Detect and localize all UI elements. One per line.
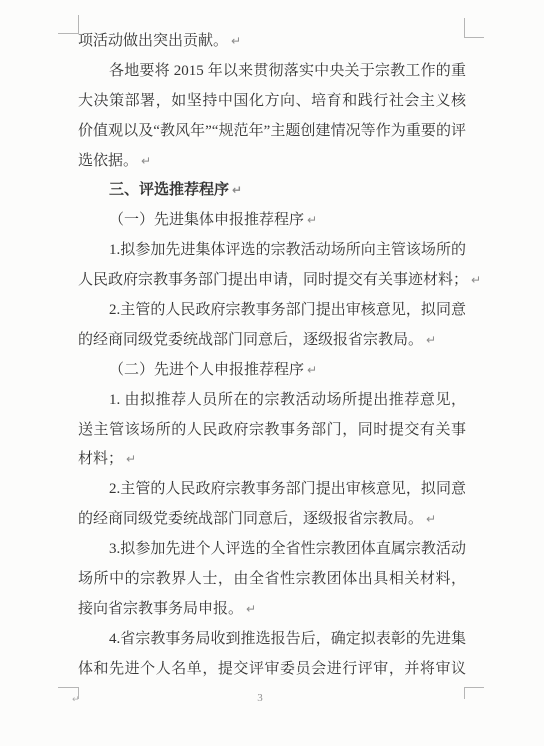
- text-line: 1.拟参加先进集体评选的宗教活动场所向主管该场所的: [78, 236, 466, 266]
- text-line: 选依据。↵: [78, 147, 466, 177]
- line-text: 人民政府宗教事务部门提出申请，同时提交有关事迹材料；: [78, 272, 468, 288]
- crop-mark-bottom-right-icon: [464, 687, 484, 699]
- text-line: 人民政府宗教事务部门提出申请，同时提交有关事迹材料；↵: [78, 266, 466, 296]
- pilcrow-icon: ↵: [471, 273, 481, 287]
- line-text: 2.主管的人民政府宗教事务部门提出审核意见，拟同意: [109, 481, 466, 497]
- pilcrow-icon: ↵: [141, 154, 151, 168]
- line-text: （一）先进集体申报推荐程序: [109, 212, 304, 228]
- line-text: 的经商同级党委统战部门同意后，逐级报省宗教局。: [78, 332, 423, 348]
- text-line: （一）先进集体申报推荐程序↵: [78, 206, 466, 236]
- text-line: 3.拟参加先进个人评选的全省性宗教团体直属宗教活动: [78, 535, 466, 565]
- text-line: 材料；↵: [78, 445, 466, 475]
- page-number: 3: [248, 692, 272, 704]
- line-text: 的经商同级党委统战部门同意后，逐级报省宗教局。: [78, 511, 423, 527]
- text-line: 大决策部署，如坚持中国化方向、培育和践行社会主义核心: [78, 87, 466, 117]
- crop-mark-top-left-icon: [58, 15, 79, 34]
- text-line: 项活动做出突出贡献。↵: [78, 27, 466, 57]
- line-text: 3.拟参加先进个人评选的全省性宗教团体直属宗教活动: [109, 541, 466, 557]
- document-body: 项活动做出突出贡献。↵ 各地要将 2015 年以来贯彻落实中央关于宗教工作的重 …: [78, 27, 466, 685]
- text-line: 的经商同级党委统战部门同意后，逐级报省宗教局。↵: [78, 505, 466, 535]
- text-line: 各地要将 2015 年以来贯彻落实中央关于宗教工作的重: [78, 57, 466, 87]
- text-line: 场所中的宗教界人士，由全省性宗教团体出具相关材料，直: [78, 565, 466, 595]
- pilcrow-icon: ↵: [126, 452, 136, 466]
- line-text: 送主管该场所的人民政府宗教事务部门，同时提交有关事迹: [78, 422, 466, 446]
- pilcrow-icon: ↵: [307, 213, 317, 227]
- text-line: 4.省宗教事务局收到推选报告后，确定拟表彰的先进集: [78, 625, 466, 655]
- text-line: 的经商同级党委统战部门同意后，逐级报省宗教局。↵: [78, 326, 466, 356]
- line-text: 体和先进个人名单，提交评审委员会进行评审，并将审议通: [78, 661, 466, 685]
- line-text: 接向省宗教事务局申报。: [78, 601, 243, 617]
- text-line: 2.主管的人民政府宗教事务部门提出审核意见，拟同意↵: [78, 296, 466, 326]
- line-text: 各地要将 2015 年以来贯彻落实中央关于宗教工作的重: [109, 63, 466, 79]
- line-text: 1. 由拟推荐人员所在的宗教活动场所提出推荐意见，报: [78, 392, 466, 416]
- text-line: 价值观以及“教风年”“规范年”主题创建情况等作为重要的评: [78, 117, 466, 147]
- line-text: 选依据。: [78, 153, 138, 169]
- document-page: 项活动做出突出贡献。↵ 各地要将 2015 年以来贯彻落实中央关于宗教工作的重 …: [0, 0, 544, 746]
- line-text: 1.拟参加先进集体评选的宗教活动场所向主管该场所的: [109, 242, 466, 258]
- pilcrow-icon: ↵: [231, 34, 241, 48]
- line-text: 场所中的宗教界人士，由全省性宗教团体出具相关材料，直: [78, 571, 466, 595]
- pilcrow-icon: ↵: [426, 333, 436, 347]
- text-line: 1. 由拟推荐人员所在的宗教活动场所提出推荐意见，报↵: [78, 386, 466, 416]
- crop-mark-top-right-icon: [464, 18, 484, 38]
- footer-pilcrow-icon: ↵: [72, 695, 80, 705]
- pilcrow-icon: ↵: [426, 512, 436, 526]
- line-text: 项活动做出突出贡献。: [78, 33, 228, 49]
- text-line: 接向省宗教事务局申报。↵: [78, 595, 466, 625]
- text-line: 三、评选推荐程序↵: [78, 176, 466, 206]
- line-text: 2.主管的人民政府宗教事务部门提出审核意见，拟同意: [109, 302, 466, 318]
- line-text: 价值观以及“教风年”“规范年”主题创建情况等作为重要的评: [78, 123, 466, 139]
- line-text: （二）先进个人申报推荐程序: [109, 362, 304, 378]
- text-line: 送主管该场所的人民政府宗教事务部门，同时提交有关事迹: [78, 416, 466, 446]
- pilcrow-icon: ↵: [246, 602, 256, 616]
- text-line: 2.主管的人民政府宗教事务部门提出审核意见，拟同意↵: [78, 475, 466, 505]
- line-text: 三、评选推荐程序: [109, 182, 229, 198]
- line-text: 材料；: [78, 451, 123, 467]
- line-text: 4.省宗教事务局收到推选报告后，确定拟表彰的先进集: [109, 631, 466, 647]
- text-line: 体和先进个人名单，提交评审委员会进行评审，并将审议通: [78, 655, 466, 685]
- text-line: （二）先进个人申报推荐程序↵: [78, 356, 466, 386]
- line-text: 大决策部署，如坚持中国化方向、培育和践行社会主义核心: [78, 93, 466, 117]
- pilcrow-icon: ↵: [232, 183, 242, 197]
- pilcrow-icon: ↵: [307, 363, 317, 377]
